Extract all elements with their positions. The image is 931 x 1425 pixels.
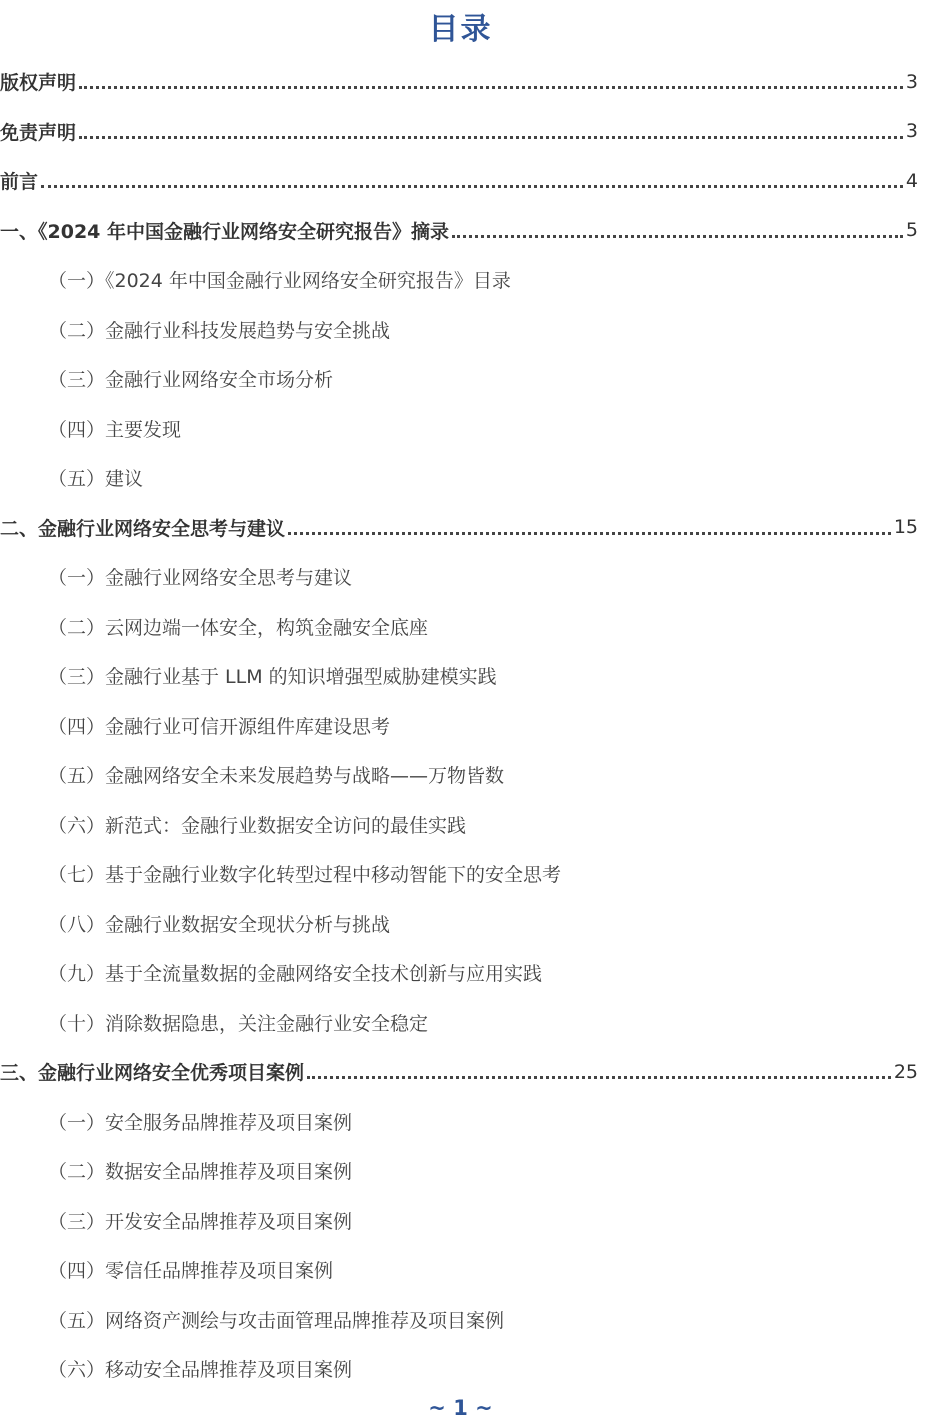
toc-section-label: （三）开发安全品牌推荐及项目案例 <box>48 1207 352 1234</box>
toc-page-number: 3 <box>906 120 918 142</box>
toc-section[interactable]: （六）新范式：金融行业数据安全访问的最佳实践 <box>0 800 918 850</box>
toc-section-label: （二）云网边端一体安全，构筑金融安全底座 <box>48 613 428 640</box>
toc-section-label: （十）消除数据隐患，关注金融行业安全稳定 <box>48 1009 428 1036</box>
toc-section[interactable]: （三）开发安全品牌推荐及项目案例 <box>0 1196 918 1246</box>
toc-entry-label: 前言 <box>0 167 38 194</box>
toc-section[interactable]: （五）网络资产测绘与攻击面管理品牌推荐及项目案例 <box>0 1295 918 1345</box>
toc-section-label: （一）安全服务品牌推荐及项目案例 <box>48 1108 352 1135</box>
toc-section[interactable]: （八）金融行业数据安全现状分析与挑战 <box>0 899 918 949</box>
toc-section[interactable]: （一）金融行业网络安全思考与建议 <box>0 552 918 602</box>
page-title: 目录 <box>0 4 921 48</box>
toc-section-label: （六）移动安全品牌推荐及项目案例 <box>48 1355 352 1382</box>
toc-section-label: （二）数据安全品牌推荐及项目案例 <box>48 1157 352 1184</box>
toc-chapter-1[interactable]: 一、《2024 年中国金融行业网络安全研究报告》摘录 5 <box>0 206 918 256</box>
toc-section[interactable]: （十）消除数据隐患，关注金融行业安全稳定 <box>0 998 918 1048</box>
toc-entry-copyright[interactable]: 版权声明 3 <box>0 57 918 107</box>
toc-section-label: （八）金融行业数据安全现状分析与挑战 <box>48 910 390 937</box>
toc-section[interactable]: （五）金融网络安全未来发展趋势与战略——万物皆数 <box>0 750 918 800</box>
toc-section[interactable]: （一）《2024 年中国金融行业网络安全研究报告》目录 <box>0 255 918 305</box>
toc-section[interactable]: （四）零信任品牌推荐及项目案例 <box>0 1245 918 1295</box>
toc-section-label: （一）《2024 年中国金融行业网络安全研究报告》目录 <box>48 266 511 293</box>
toc-section[interactable]: （三）金融行业基于 LLM 的知识增强型威胁建模实践 <box>0 651 918 701</box>
toc-page-number: 4 <box>906 170 918 192</box>
toc-section[interactable]: （六）移动安全品牌推荐及项目案例 <box>0 1344 918 1394</box>
toc-chapter-2[interactable]: 二、金融行业网络安全思考与建议 15 <box>0 503 918 553</box>
toc-section-label: （四）零信任品牌推荐及项目案例 <box>48 1256 333 1283</box>
toc-section-label: （七）基于金融行业数字化转型过程中移动智能下的安全思考 <box>48 860 561 887</box>
toc-entry-label: 二、金融行业网络安全思考与建议 <box>0 514 285 541</box>
toc-chapter-3[interactable]: 三、金融行业网络安全优秀项目案例 25 <box>0 1047 918 1097</box>
toc-section[interactable]: （一）安全服务品牌推荐及项目案例 <box>0 1097 918 1147</box>
toc-entry-label: 版权声明 <box>0 68 76 95</box>
dot-leader <box>307 1076 891 1079</box>
toc-section-label: （六）新范式：金融行业数据安全访问的最佳实践 <box>48 811 466 838</box>
dot-leader <box>79 86 903 89</box>
toc-section-label: （四）主要发现 <box>48 415 181 442</box>
toc-section[interactable]: （九）基于全流量数据的金融网络安全技术创新与应用实践 <box>0 948 918 998</box>
toc-entry-label: 免责声明 <box>0 118 76 145</box>
toc-entry-label: 三、金融行业网络安全优秀项目案例 <box>0 1058 304 1085</box>
toc-section-label: （三）金融行业网络安全市场分析 <box>48 365 333 392</box>
toc-section[interactable]: （四）金融行业可信开源组件库建设思考 <box>0 701 918 751</box>
toc-section[interactable]: （七）基于金融行业数字化转型过程中移动智能下的安全思考 <box>0 849 918 899</box>
toc-section-label: （五）建议 <box>48 464 143 491</box>
toc-page-number: 15 <box>894 516 918 538</box>
toc-section[interactable]: （三）金融行业网络安全市场分析 <box>0 354 918 404</box>
dot-leader <box>41 185 903 188</box>
toc-entry-preface[interactable]: 前言 4 <box>0 156 918 206</box>
dot-leader <box>288 532 891 535</box>
toc-section-label: （二）金融行业科技发展趋势与安全挑战 <box>48 316 390 343</box>
toc-entry-label: 一、《2024 年中国金融行业网络安全研究报告》摘录 <box>0 217 449 244</box>
toc-section[interactable]: （二）云网边端一体安全，构筑金融安全底座 <box>0 602 918 652</box>
toc-section-label: （九）基于全流量数据的金融网络安全技术创新与应用实践 <box>48 959 542 986</box>
dot-leader <box>79 136 903 139</box>
toc-section-label: （四）金融行业可信开源组件库建设思考 <box>48 712 390 739</box>
toc-section-label: （一）金融行业网络安全思考与建议 <box>48 563 352 590</box>
toc-section[interactable]: （二）金融行业科技发展趋势与安全挑战 <box>0 305 918 355</box>
toc-section-label: （五）金融网络安全未来发展趋势与战略——万物皆数 <box>48 761 504 788</box>
page-number: ~ 1 ~ <box>0 1396 921 1420</box>
toc-section[interactable]: （二）数据安全品牌推荐及项目案例 <box>0 1146 918 1196</box>
toc-page-number: 3 <box>906 71 918 93</box>
table-of-contents: 版权声明 3 免责声明 3 前言 4 一、《2024 年中国金融行业网络安全研究… <box>0 57 918 1394</box>
dot-leader <box>452 235 903 238</box>
toc-section-label: （三）金融行业基于 LLM 的知识增强型威胁建模实践 <box>48 662 497 689</box>
toc-page-number: 5 <box>906 219 918 241</box>
toc-section[interactable]: （五）建议 <box>0 453 918 503</box>
toc-entry-disclaimer[interactable]: 免责声明 3 <box>0 107 918 157</box>
toc-page-number: 25 <box>894 1061 918 1083</box>
toc-section[interactable]: （四）主要发现 <box>0 404 918 454</box>
toc-section-label: （五）网络资产测绘与攻击面管理品牌推荐及项目案例 <box>48 1306 504 1333</box>
